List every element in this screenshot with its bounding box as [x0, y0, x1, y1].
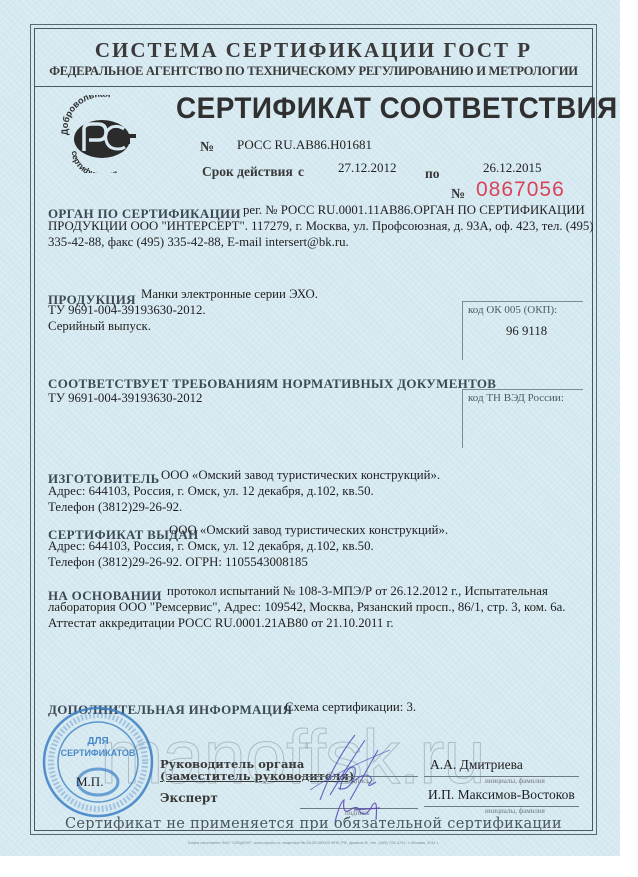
okp-code-value: 96 9118 — [506, 323, 547, 340]
header-divider — [35, 86, 592, 87]
agency-name: ФЕДЕРАЛЬНОЕ АГЕНТСТВО ПО ТЕХНИЧЕСКОМУ РЕ… — [34, 64, 593, 79]
validity-from-label: с — [298, 164, 304, 180]
svg-text:СЕРТИФИКАТОВ: СЕРТИФИКАТОВ — [61, 748, 136, 758]
registration-number: РОСС RU.АВ86.Н01681 — [237, 137, 372, 153]
compliance-line-1: ТУ 9691-004-39193630-2012 — [48, 390, 202, 407]
document-title: СЕРТИФИКАТ СООТВЕТСТВИЯ — [176, 92, 618, 126]
validity-label: Срок действия — [202, 164, 293, 180]
certification-body-line-2: ПРОДУКЦИИ ООО "ИНТЕРСЕРТ". 117279, г. Мо… — [48, 218, 594, 235]
validity-to-date: 26.12.2015 — [483, 160, 542, 176]
stamp-place-label: М.П. — [76, 774, 103, 791]
number-sign: № — [200, 140, 214, 156]
expert-name-caption: инициалы, фамилия — [485, 807, 545, 815]
footer-note: Сертификат не применяется при обязательн… — [34, 816, 593, 832]
basis-line-3: Аттестат аккредитации РОСС RU.0001.21АВ8… — [48, 615, 394, 632]
head-name-caption: инициалы, фамилия — [485, 777, 545, 785]
manufacturer-line-2: Адрес: 644103, Россия, г. Омск, ул. 12 д… — [48, 483, 374, 500]
tnved-code-label: код ТН ВЭД России: — [468, 392, 564, 404]
issued-to-line-2: Адрес: 644103, Россия, г. Омск, ул. 12 д… — [48, 538, 374, 555]
manufacturer-line-3: Телефон (3812)29-26-92. — [48, 499, 182, 516]
printer-info: Бланк изготовлен ЗАО "ОПЦИОН", www.opcio… — [34, 840, 593, 845]
system-title: СИСТЕМА СЕРТИФИКАЦИИ ГОСТ Р — [34, 38, 593, 63]
svg-text:ДЛЯ: ДЛЯ — [87, 736, 108, 747]
head-name: А.А. Дмитриева — [430, 757, 523, 774]
product-line-2: ТУ 9691-004-39193630-2012. — [48, 302, 206, 319]
certification-body-line-3: 335-42-88, факс (495) 335-42-88, E-mail … — [48, 234, 349, 251]
validity-to-label: по — [425, 166, 440, 182]
basis-line-2: лаборатория ООО "Ремсервис", Адрес: 1095… — [48, 599, 566, 616]
product-line-3: Серийный выпуск. — [48, 318, 151, 335]
expert-name: И.П. Максимов-Востоков — [428, 787, 575, 804]
issued-to-line-1: ООО «Омский завод туристических конструк… — [169, 522, 448, 539]
form-number: 0867056 — [476, 178, 565, 202]
handwritten-signatures-icon — [280, 730, 420, 830]
form-number-sign: № — [451, 187, 465, 203]
okp-code-label: код ОК 005 (ОКП): — [468, 304, 557, 316]
seal-stamp-icon: ДЛЯ СЕРТИФИКАТОВ — [40, 704, 156, 820]
product-line-1: Манки электронные серии ЭХО. — [141, 286, 318, 303]
validity-from-date: 27.12.2012 — [338, 160, 397, 176]
certification-body-line-1: рег. № РОСС RU.0001.11АВ86.ОРГАН ПО СЕРТ… — [243, 202, 585, 219]
rst-logo-icon: Добровольная сертификация — [58, 95, 146, 173]
basis-line-1: протокол испытаний № 108-3-МПЭ/Р от 26.1… — [167, 583, 548, 600]
certificate-paper: СИСТЕМА СЕРТИФИКАЦИИ ГОСТ Р ФЕДЕРАЛЬНОЕ … — [0, 0, 620, 856]
expert-label: Эксперт — [160, 791, 218, 805]
issued-to-line-3: Телефон (3812)29-26-92. ОГРН: 1105543008… — [48, 554, 308, 571]
manufacturer-line-1: ООО «Омский завод туристических конструк… — [161, 467, 440, 484]
